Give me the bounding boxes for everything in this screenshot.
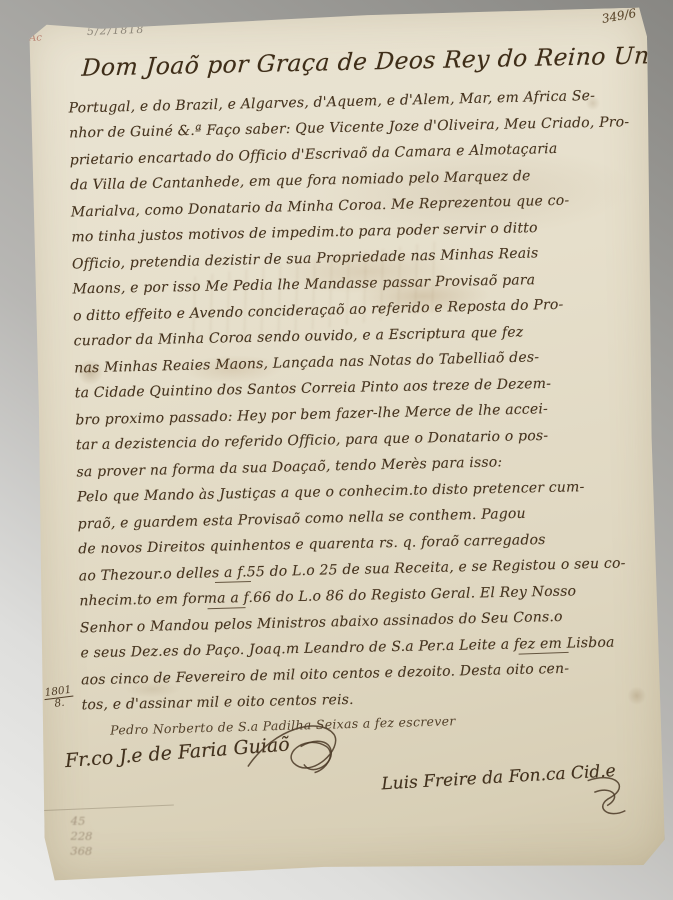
margin-reference-annotation: 1801 8. xyxy=(43,685,74,711)
manuscript-heading: Dom Joaõ por Graça de Deos Rey do Reino … xyxy=(81,42,625,82)
signature-left: Fr.co J.e de Faria Guiaõ xyxy=(64,733,290,772)
manuscript-content: Dom Joaõ por Graça de Deos Rey do Reino … xyxy=(67,42,638,737)
signature-right-rubric-icon xyxy=(577,770,636,825)
manuscript-body: Portugal, e do Brazil, e Algarves, d'Aqu… xyxy=(68,83,637,719)
document-page: 5/2/1818 Ac 349/6 Dom Joaõ por Graça de … xyxy=(27,7,666,880)
pencil-numeral: 45 xyxy=(71,814,93,829)
pencil-numerals-annotation: 45 228 368 xyxy=(70,814,93,859)
margin-reference-bottom: 8. xyxy=(54,697,65,710)
pencil-date-annotation: 5/2/1818 xyxy=(87,23,145,38)
signature-right: Luis Freire da Fon.ca Cid.e xyxy=(381,761,616,794)
corner-mark-annotation: Ac xyxy=(29,33,42,44)
pencil-numeral: 228 xyxy=(70,829,92,844)
photo-background: 5/2/1818 Ac 349/6 Dom Joaõ por Graça de … xyxy=(0,0,673,900)
signature-left-flourish-icon xyxy=(241,715,356,793)
paper-crease xyxy=(44,804,174,811)
folio-number-annotation: 349/6 xyxy=(601,6,638,26)
pencil-numeral: 368 xyxy=(70,844,92,859)
